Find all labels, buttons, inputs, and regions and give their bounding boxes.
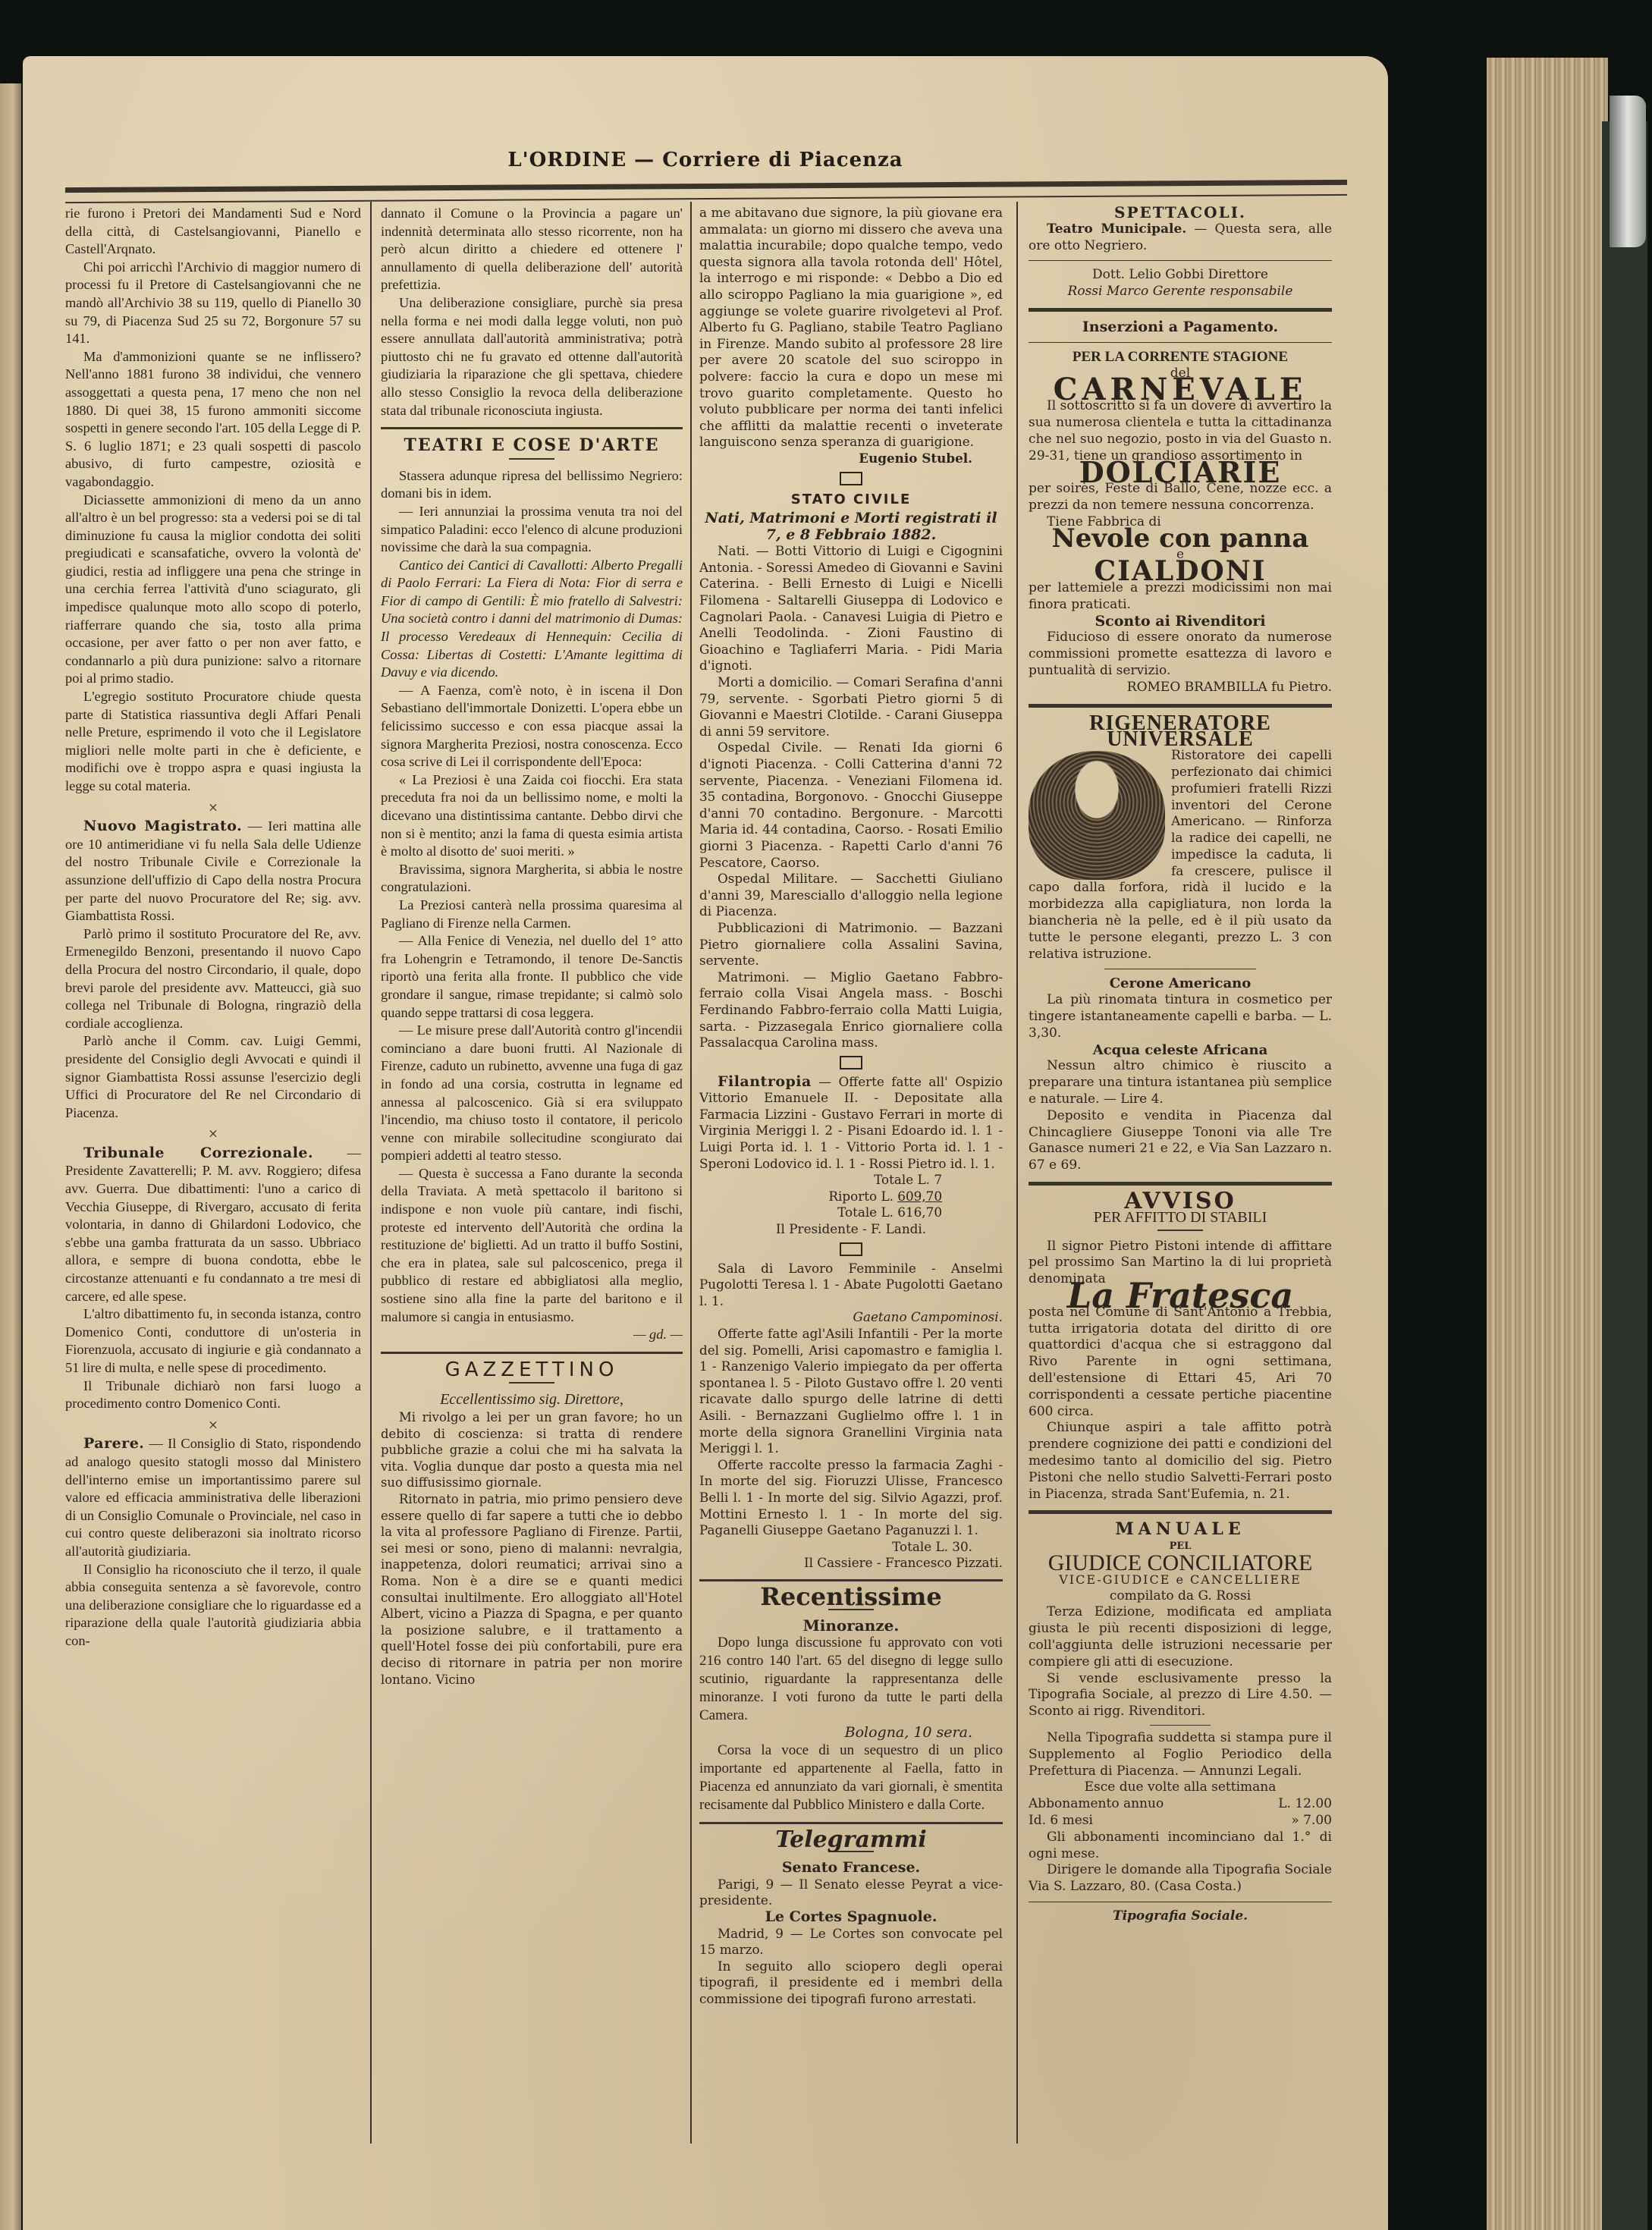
paragraph: Il sottoscritto si fa un dovere di avver…	[1029, 398, 1332, 464]
paragraph: Bravissima, signora Margherita, si abbia…	[381, 861, 683, 897]
paragraph: Corsa la voce di un sequestro di un plic…	[699, 1742, 1003, 1814]
paragraph: posta nel Comune di Sant'Antonio a Trebb…	[1029, 1305, 1332, 1421]
paragraph: — Alla Fenice di Venezia, nel duello del…	[381, 932, 683, 1022]
paragraph: — A Faenza, com'è noto, è in iscena il D…	[381, 682, 683, 771]
paragraph: Teatro Municipale. — Questa sera, alle o…	[1029, 221, 1332, 255]
paragraph: Offerte raccolte presso la farmacia Zagh…	[699, 1457, 1003, 1539]
paragraph: Il Consiglio ha riconosciuto che il terz…	[65, 1561, 361, 1651]
paragraph: L'altro dibattimento fu, in seconda ista…	[65, 1305, 361, 1377]
paragraph: a me abitavano due signore, la più giova…	[699, 205, 1003, 451]
column-2: dannato il Comune o la Provincia a pagar…	[381, 205, 683, 1688]
section-rule	[381, 427, 683, 429]
ad-title-cialdoni: CIALDONI	[1029, 564, 1332, 580]
paragraph: Terza Edizione, modificata ed ampliata g…	[1029, 1604, 1332, 1670]
masthead: L'ORDINE — Corriere di Piacenza	[68, 149, 1343, 171]
ad-subtitle: Acqua celeste Africana	[1029, 1042, 1332, 1059]
manager-line: Rossi Marco Gerente responsabile	[1029, 284, 1332, 300]
section-rule	[1029, 308, 1332, 312]
box-ornament-icon	[840, 472, 862, 485]
ad-subtitle: Sconto ai Rivenditori	[1029, 614, 1332, 630]
book-cover	[1602, 121, 1647, 2230]
article-title: Tribunale Correzionale.	[83, 1145, 313, 1161]
paragraph: Deposito e vendita in Piacenza dal Chinc…	[1029, 1108, 1332, 1174]
paragraph: Matrimoni. — Miglio Gaetano Fabbro-ferra…	[699, 969, 1003, 1051]
paragraph: per lattemiele a prezzi modicissimi non …	[1029, 580, 1332, 614]
section-title-spettacoli: SPETTACOLI.	[1029, 205, 1332, 221]
short-rule	[1104, 969, 1256, 969]
column-divider	[370, 202, 372, 2144]
section-title-stato-civile: STATO CIVILE	[699, 492, 1003, 508]
section-rule	[1029, 342, 1332, 343]
book-fore-edge	[1487, 58, 1608, 2230]
short-rule	[1150, 1725, 1211, 1726]
section-rule	[699, 1822, 1003, 1824]
paragraph: Offerte fatte agl'Asili Infantili - Per …	[699, 1326, 1003, 1457]
signature: Il Cassiere - Francesco Pizzati.	[699, 1555, 1003, 1572]
paragraph: La Preziosi canterà nella prossima quare…	[381, 897, 683, 932]
paragraph: Chiunque aspiri a tale affitto potrà pre…	[1029, 1420, 1332, 1503]
paragraph: Chi poi arricchì l'Archivio di maggior n…	[65, 259, 361, 348]
column-3: a me abitavano due signore, la più giova…	[699, 205, 1003, 2008]
carry-row: Riporto L. 609,70	[699, 1189, 1003, 1205]
column-divider	[690, 202, 692, 2144]
salutation: Eccellentissimo sig. Direttore,	[381, 1391, 683, 1409]
paragraph: — Ieri annunziai la prossima venuta tra …	[381, 503, 683, 557]
woman-portrait-illustration	[1029, 751, 1165, 880]
paragraph: Parigi, 9 — Il Senato elesse Peyrat a vi…	[699, 1877, 1003, 1909]
paragraph: Nessun altro chimico è riuscito a prepar…	[1029, 1058, 1332, 1107]
short-rule	[509, 458, 554, 460]
section-title-telegrammi: Telegrammi	[699, 1832, 1003, 1848]
paragraph: Dopo lunga discussione fu approvato con …	[699, 1634, 1003, 1725]
paragraph: Diciassette ammonizioni di meno da un an…	[65, 492, 361, 689]
signature: Il Presidente - F. Landi.	[699, 1221, 1003, 1238]
ad-title-carnevale: CARNEVALE	[1029, 382, 1332, 398]
signature: ROMEO BRAMBILLA fu Pietro.	[1029, 680, 1332, 696]
column-1: rie furono i Pretori dei Mandamenti Sud …	[65, 205, 361, 1651]
subsection-title: Senato Francese.	[699, 1860, 1003, 1877]
article-tribunale: Tribunale Correzionale. — Presidente Zav…	[65, 1145, 361, 1305]
ad-heading: PER LA CORRENTE STAGIONE	[1029, 349, 1332, 366]
article-nuovo-magistrato: Nuovo Magistrato. — Ieri mattina alle or…	[65, 818, 361, 925]
paragraph: Ospedal Civile. — Renati Ida giorni 6 d'…	[699, 740, 1003, 871]
ad-title-avviso: AVVISO	[1029, 1193, 1332, 1210]
article-parere: Parere. — Il Consiglio di Stato, rispond…	[65, 1435, 361, 1560]
section-title-recentissime: Recentissime	[699, 1589, 1003, 1606]
paragraph: L'egregio sostituto Procuratore chiude q…	[65, 688, 361, 796]
paragraph: Morti a domicilio. — Comari Serafina d'a…	[699, 674, 1003, 740]
paragraph: Stassera adunque ripresa del bellissimo …	[381, 467, 683, 503]
paragraph: Madrid, 9 — Le Cortes son convocate pel …	[699, 1926, 1003, 1958]
section-rule	[1029, 1902, 1332, 1902]
section-title-gazzettino: GAZZETTINO	[381, 1362, 683, 1380]
ad-title-giudice: GIUDICE CONCILIATORE	[1029, 1555, 1332, 1572]
paragraph: — Questa è successa a Fano durante la se…	[381, 1165, 683, 1326]
paragraph: Ritornato in patria, mio primo pensiero …	[381, 1491, 683, 1688]
signature: Eugenio Stubel.	[699, 451, 1003, 467]
paragraph: La più rinomata tintura in cosmetico per…	[1029, 992, 1332, 1041]
paragraph: Nati. — Botti Vittorio di Luigi e Cigogn…	[699, 543, 1003, 674]
dateline: Bologna, 10 sera.	[699, 1725, 1003, 1742]
total-row: Totale L. 616,70	[699, 1205, 1003, 1221]
paragraph: Nella Tipografia suddetta si stampa pure…	[1029, 1730, 1332, 1779]
section-separator: ×	[65, 1125, 361, 1143]
section-rule	[381, 1352, 683, 1354]
article-filantropia: Filantropia — Offerte fatte all' Ospizio…	[699, 1074, 1003, 1173]
paragraph: Parlò anche il Comm. cav. Luigi Gemmi, p…	[65, 1032, 361, 1122]
total-row: Totale L. 7	[699, 1172, 1003, 1189]
paragraph: Parlò primo il sostituto Procuratore del…	[65, 925, 361, 1033]
subsection-title: Le Cortes Spagnuole.	[699, 1909, 1003, 1926]
box-ornament-icon	[840, 1056, 862, 1069]
subscription-row: Id. 6 mesi» 7.00	[1029, 1813, 1332, 1830]
subscription-row: Abbonamento annuoL. 12.00	[1029, 1796, 1332, 1813]
paragraph: In seguito allo sciopero degli operai ti…	[699, 1958, 1003, 2008]
signature: — gd. —	[381, 1326, 683, 1344]
paragraph: — Le misure prese dall'Autorità contro g…	[381, 1022, 683, 1165]
paragraph: rie furono i Pretori dei Mandamenti Sud …	[65, 205, 361, 259]
paragraph: Gli abbonamenti incominciano dal 1.° di …	[1029, 1830, 1332, 1863]
paragraph: dannato il Comune o la Provincia a pagar…	[381, 205, 683, 294]
paragraph: Il Tribunale dichiarò non farsi luogo a …	[65, 1377, 361, 1413]
ad-subtitle: Cerone Americano	[1029, 975, 1332, 992]
director-line: Dott. Lelio Gobbi Direttore	[1029, 267, 1332, 284]
box-ornament-icon	[840, 1242, 862, 1256]
section-rule	[1029, 704, 1332, 708]
paragraph: Sala di Lavoro Femminile - Anselmi Pugol…	[699, 1261, 1003, 1310]
article-title: Filantropia	[718, 1073, 812, 1090]
ad-title-fratesca: La Fratesca	[1029, 1288, 1332, 1305]
paragraph: « La Preziosi è una Zaida coi fiocchi. E…	[381, 771, 683, 861]
adjacent-left-page	[0, 83, 21, 2230]
printer-imprint: Tipografia Sociale.	[1029, 1908, 1332, 1925]
column-4: SPETTACOLI. Teatro Municipale. — Questa …	[1029, 205, 1332, 1925]
metal-clasp	[1610, 96, 1646, 247]
paragraph: Ma d'ammonizioni quante se ne inflissero…	[65, 348, 361, 492]
article-title: Nuovo Magistrato.	[83, 818, 242, 834]
short-rule	[509, 1382, 554, 1384]
paragraph: Si vende esclusivamente presso la Tipogr…	[1029, 1671, 1332, 1720]
subsection-title: Minoranze.	[699, 1618, 1003, 1635]
paragraph: Ospedal Militare. — Sacchetti Giuliano d…	[699, 871, 1003, 920]
signature: Gaetano Campominosi.	[699, 1309, 1003, 1326]
section-rule	[1029, 260, 1332, 261]
section-rule	[1029, 1182, 1332, 1186]
article-title: Parere.	[83, 1435, 144, 1452]
subtitle: Nati, Matrimoni e Morti registrati il 7,…	[699, 510, 1003, 543]
paragraph: Una deliberazione consigliare, purchè si…	[381, 294, 683, 419]
paragraph: Fiducioso di essere onorato da numerose …	[1029, 630, 1332, 679]
short-rule	[1157, 1230, 1203, 1231]
section-separator: ×	[65, 1416, 361, 1434]
paragraph: Dirigere le domande alla Tipografia Soci…	[1029, 1862, 1332, 1895]
ad-title-dolciarie: DOLCIARIE	[1029, 464, 1332, 481]
ad-title-manuale: MANUALE	[1029, 1522, 1332, 1538]
ad-title-rigeneratore: RIGENERATORE UNIVERSALE	[1029, 715, 1332, 749]
section-title-teatri: TEATRI E COSE D'ARTE	[381, 437, 683, 455]
paragraph: Pubblicazioni di Matrimonio. — Bazzani P…	[699, 920, 1003, 969]
paragraph: per soirès, Feste di Ballo, Cene, nozze …	[1029, 481, 1332, 514]
paragraph: Cantico dei Cantici di Cavallotti: Alber…	[381, 557, 683, 682]
paid-ads-heading: Inserzioni a Pagamento.	[1029, 319, 1332, 336]
column-divider	[1016, 202, 1018, 2144]
paragraph: Mi rivolgo a lei per un gran favore; ho …	[381, 1409, 683, 1491]
section-rule	[1029, 1510, 1332, 1514]
ad-subtitle: PER AFFITTO DI STABILI	[1029, 1210, 1332, 1226]
section-separator: ×	[65, 799, 361, 817]
ad-title-nevole: Nevole con panna	[1029, 531, 1332, 548]
section-rule	[699, 1579, 1003, 1581]
total-row: Totale L. 30.	[699, 1539, 1003, 1556]
